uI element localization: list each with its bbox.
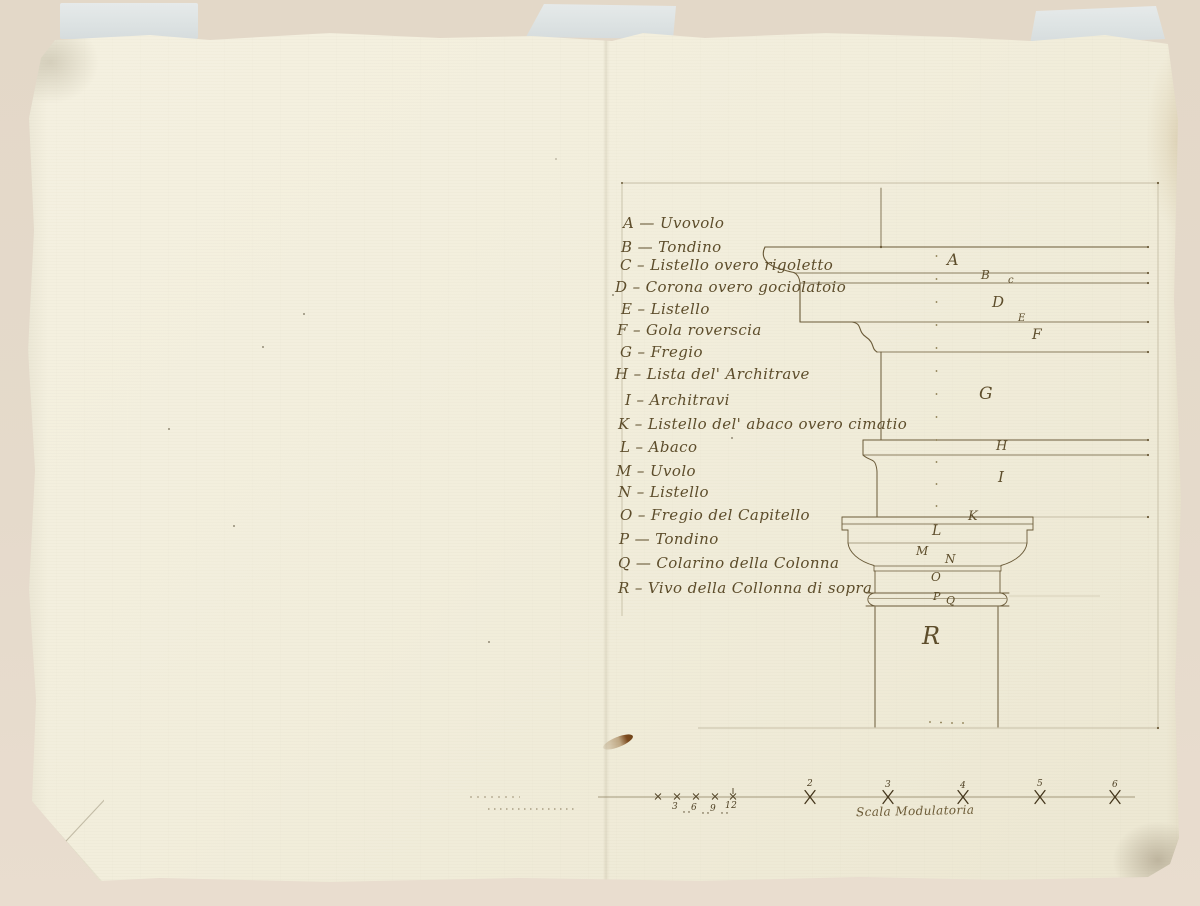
legend-item-N: N – Listello (618, 483, 709, 501)
drawing-label-A: A (947, 250, 959, 269)
drawing-label-N: N (945, 552, 956, 566)
scanned-drawing-page: A — Uvovolo B — Tondino C – Listello ove… (0, 0, 1200, 906)
legend-item-C: C – Listello overo rigoletto (620, 256, 833, 274)
scale-minor-label-3: 3 (672, 802, 678, 812)
drawing-label-D: D (992, 293, 1004, 311)
legend-item-H: H – Lista del' Architrave (615, 365, 810, 383)
legend-item-A: A — Uvovolo (623, 214, 724, 232)
scale-minor-label-9: 9 (710, 804, 716, 814)
drawing-label-P: P (933, 590, 941, 603)
legend-item-I: I – Architravi (625, 391, 730, 409)
drawing-label-I: I (998, 468, 1004, 486)
scale-module-label-5: 5 (1037, 779, 1043, 789)
drawing-label-F: F (1032, 327, 1042, 343)
minor-tick-marks (655, 788, 736, 800)
drawing-label-E: E (1018, 313, 1026, 324)
drawing-label-G: G (979, 384, 993, 404)
drawing-label-R: R (922, 622, 940, 650)
tape-strip-middle (526, 3, 678, 39)
legend-item-G: G – Fregio (620, 343, 703, 361)
cornice-profile (763, 188, 1148, 440)
center-axis-dots (929, 255, 964, 724)
drawing-label-C: c (1008, 275, 1014, 286)
scale-caption: Scala Modulatoria (856, 803, 975, 819)
scale-module-label-6: 6 (1112, 780, 1118, 790)
entablature-profile-drawing (0, 0, 1200, 906)
drawing-label-B: B (981, 268, 990, 282)
drawing-label-M: M (916, 544, 929, 558)
legend-item-E: E – Listello (621, 300, 710, 318)
legend-item-O: O – Fregio del Capitello (620, 506, 810, 524)
drawing-label-L: L (932, 523, 942, 539)
scale-minor-label-12: 12 (725, 801, 737, 811)
scale-minor-label-6: 6 (691, 803, 697, 813)
scale-module-label-3: 3 (885, 780, 891, 790)
paper-sheet: A — Uvovolo B — Tondino C – Listello ove… (0, 0, 1200, 906)
legend-item-M: M – Uvolo (616, 462, 696, 480)
drawing-label-H: H (996, 439, 1008, 454)
legend-item-L: L – Abaco (620, 438, 697, 456)
legend-item-P: P — Tondino (619, 530, 719, 548)
legend-item-F: F – Gola roverscia (617, 321, 762, 339)
modular-scale (470, 788, 1135, 814)
scale-module-label-4: 4 (960, 781, 966, 791)
legend-item-B: B — Tondino (621, 238, 722, 256)
drawing-label-O: O (931, 570, 941, 584)
legend-item-R: R – Vivo della Collonna di sopra (618, 579, 872, 597)
drawing-label-Q: Q (946, 594, 955, 607)
legend-item-D: D – Corona overo gociolatoio (615, 278, 846, 296)
legend-item-Q: Q — Colarino della Colonna (618, 554, 839, 572)
tape-strip-left (60, 3, 198, 39)
scale-module-label-2: 2 (807, 779, 813, 789)
minor-tick-dots (683, 811, 727, 813)
legend-item-K: K – Listello del' abaco overo cimatio (618, 415, 907, 433)
drawing-label-K: K (968, 509, 978, 524)
